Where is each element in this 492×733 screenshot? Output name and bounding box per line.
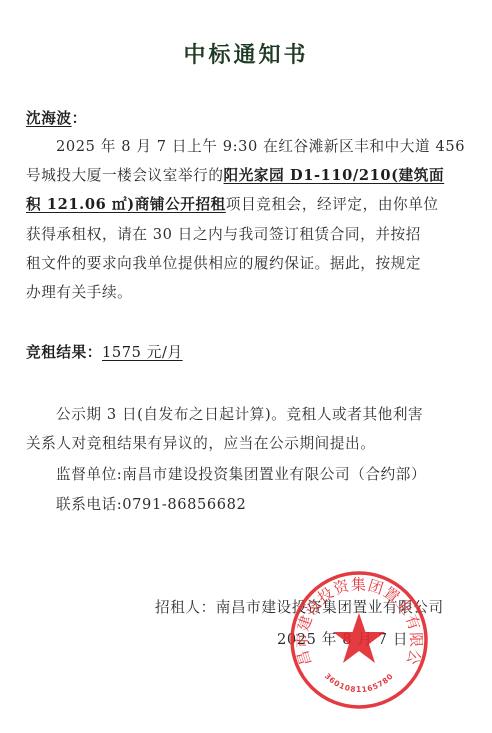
paragraph-1-line-2-prefix: 号城投大厦一楼会议室举行的	[26, 167, 224, 184]
recipient-line: 沈海波：	[26, 109, 87, 129]
paragraph-1-line-5: 租文件的要求向我单位提供相应的履约保证。据此，按规定	[26, 254, 421, 274]
result-line: 竞租结果：1575 元/月	[26, 343, 183, 363]
paragraph-1-line-4: 获得承租权，请在 30 日之内与我司签订租赁合同，并按招	[26, 225, 421, 245]
contact-line: 联系电话:0791-86856682	[56, 495, 246, 515]
recipient-colon: ：	[72, 110, 87, 127]
paragraph-1-line-3: 积 121.06 ㎡)商铺公开招租项目竞租会，经评定，由你单位	[26, 195, 439, 215]
document-page: 中标通知书 沈海波： 2025 年 8 月 7 日上午 9:30 在红谷滩新区丰…	[0, 0, 492, 733]
paragraph-1-line-2: 号城投大厦一楼会议室举行的阳光家园 D1-110/210(建筑面	[26, 166, 444, 186]
paragraph-1-line-6: 办理有关手续。	[26, 283, 132, 303]
signature-date: 2025 年 8 月 7 日	[277, 628, 408, 649]
notice-line-1: 公示期 3 日(自发布之日起计算)。竞租人或者其他利害	[56, 405, 423, 425]
paragraph-1-line-1: 2025 年 8 月 7 日上午 9:30 在红谷滩新区丰和中大道 456	[56, 137, 465, 157]
project-name-part-2: 积 121.06 ㎡)商铺公开招租	[26, 196, 226, 213]
document-title: 中标通知书	[0, 38, 492, 69]
result-label: 竞租结果：	[26, 344, 102, 361]
result-value: 1575 元/月	[102, 344, 183, 361]
lessor-signature: 招租人：南昌市建设投资集团置业有限公司	[155, 596, 444, 617]
recipient-name: 沈海波	[26, 110, 72, 127]
paragraph-1-line-3-suffix: 项目竞租会，经评定，由你单位	[226, 196, 439, 213]
seal-serial-number: 3601081165780	[323, 671, 395, 694]
notice-line-2: 关系人对竞租结果有异议的，应当在公示期间提出。	[26, 434, 375, 454]
supervisor-line: 监督单位:南昌市建设投资集团置业有限公司（合约部）	[56, 465, 426, 485]
project-name-part-1: 阳光家园 D1-110/210(建筑面	[224, 167, 445, 184]
seal-ring-text: 南昌市建设投资集团置业有限公司	[288, 569, 425, 668]
